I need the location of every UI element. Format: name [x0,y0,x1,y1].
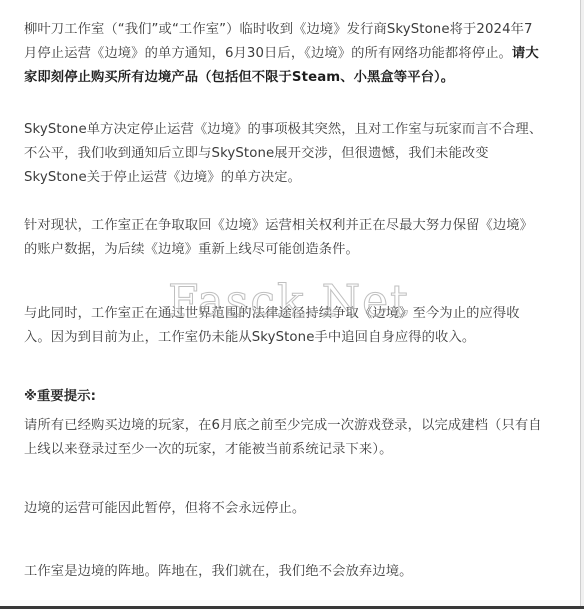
paragraph-login-request: 请所有已经购买边境的玩家，在6月底之前至少完成一次游戏登录，以完成建档（只有自上… [24,414,544,462]
important-notice-heading: ※重要提示: [24,385,544,409]
paragraph-notice: 柳叶刀工作室（“我们”或“工作室”）临时收到《边境》发行商SkyStone将于2… [24,18,544,90]
paragraph-current-actions: 针对现状，工作室正在争取取回《边境》运营相关权利并正在尽最大努力保留《边境》的账… [24,214,544,262]
paragraph-operation-pause: 边境的运营可能因此暂停，但将不会永远停止。 [24,497,544,521]
notice-text: 柳叶刀工作室（“我们”或“工作室”）临时收到《边境》发行商SkyStone将于2… [24,22,533,61]
paragraph-legal-actions: 与此同时，工作室正在通过世界范围的法律途径持续争取《边境》至今为止的应得收入。因… [24,302,544,350]
announcement-page: 柳叶刀工作室（“我们”或“工作室”）临时收到《边境》发行商SkyStone将于2… [0,0,581,606]
paragraph-skystone-decision: SkyStone单方决定停止运营《边境》的事项极其突然，且对工作室与玩家而言不合… [24,118,544,190]
paragraph-closing-statement: 工作室是边境的阵地。阵地在，我们就在，我们绝不会放弃边境。 [24,560,544,584]
